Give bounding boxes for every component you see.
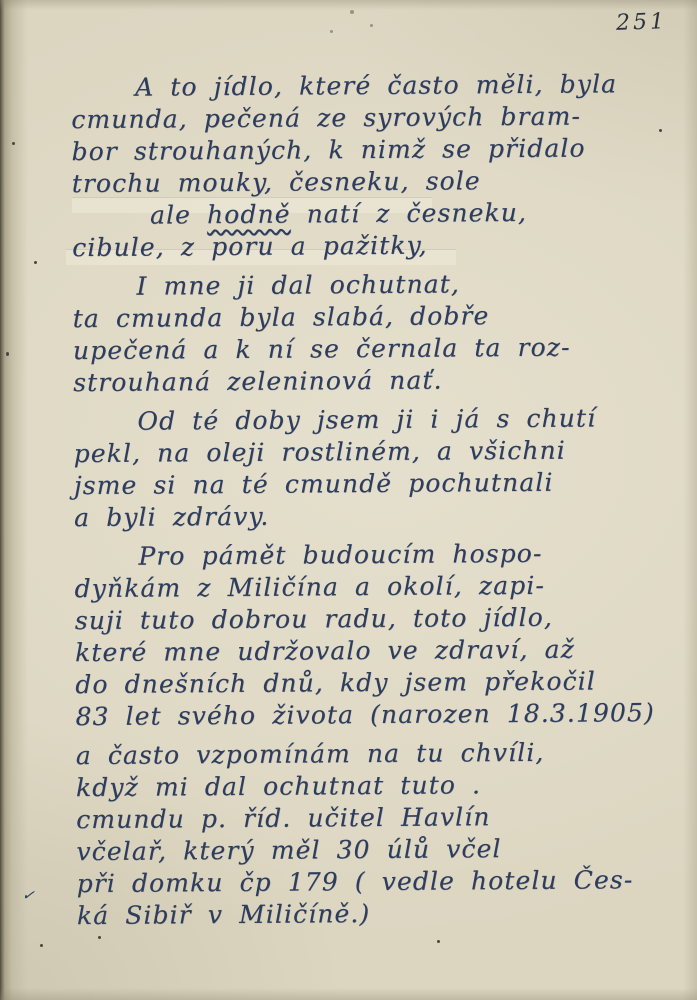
manuscript-line: včelař, který měl 30 úlů včel — [76, 832, 676, 868]
manuscript-text: A to jídlo, které často měli, bylacmunda… — [71, 68, 677, 932]
manuscript-line: 83 let svého života (narozen 18.3.1905) — [75, 697, 675, 733]
manuscript-line: ká Sibiř v Miličíně.) — [77, 896, 677, 932]
paper-speck — [34, 261, 37, 264]
manuscript-line: upečená a k ní se černala ta roz- — [73, 331, 673, 367]
paper-edge-top — [0, 0, 697, 10]
paper-edge-bottom — [0, 988, 697, 1000]
manuscript-line: pekl, na oleji rostliném, a všichni — [74, 434, 674, 470]
manuscript-line: trochu mouky, česneku, sole — [72, 164, 672, 200]
manuscript-line: když mi dal ochutnat tuto . — [76, 768, 676, 804]
manuscript-line: do dnešních dnů, kdy jsem překočil — [75, 665, 675, 701]
paper-edge-right — [683, 0, 697, 1000]
paper-speck — [330, 30, 333, 33]
manuscript-line: ale hodně natí z česneku, — [72, 196, 672, 232]
manuscript-line: které mne udržovalo ve zdraví, až — [75, 633, 675, 669]
manuscript-line: Pro pámět budoucím hospo- — [74, 537, 674, 573]
manuscript-line: strouhaná zeleninová nať. — [73, 363, 673, 399]
manuscript-line: dyňkám z Miličína a okolí, zapi- — [75, 569, 675, 605]
paper-speck — [40, 944, 43, 947]
manuscript-line: cmundu p. říd. učitel Havlín — [76, 800, 676, 836]
manuscript-line: cibule, z poru a pažitky, — [72, 228, 672, 264]
paper-speck — [350, 10, 354, 14]
page-number: 251 — [616, 9, 668, 36]
paper-speck — [12, 142, 15, 145]
manuscript-line: Od té doby jsem ji i já s chutí — [73, 402, 673, 438]
manuscript-line: a byli zdrávy. — [74, 498, 674, 534]
manuscript-line: suji tuto dobrou radu, toto jídlo, — [75, 601, 675, 637]
manuscript-line: I mne ji dal ochutnat, — [72, 267, 672, 303]
manuscript-line: bor strouhaných, k nimž se přidalo — [71, 132, 671, 168]
manuscript-line: jsme si na té cmundě pochutnali — [74, 466, 674, 502]
paper-speck — [370, 24, 373, 27]
manuscript-line: a často vzpomínám na tu chvíli, — [76, 736, 676, 772]
underlined-word: hodně — [207, 200, 291, 230]
paper-speck — [98, 936, 101, 939]
manuscript-line: při domku čp 179 ( vedle hotelu Čes- — [77, 864, 677, 900]
manuscript-line: A to jídlo, které často měli, byla — [71, 68, 671, 104]
text-fragment: natí z česneku, — [291, 198, 528, 229]
manuscript-line: cmunda, pečená ze syrových bram- — [71, 100, 671, 136]
manuscript-line: ta cmunda byla slabá, dobře — [73, 299, 673, 335]
text-fragment: ale — [150, 200, 207, 229]
scanned-manuscript-page: 251 ✓ A to jídlo, které často měli, byla… — [0, 0, 697, 1000]
paper-speck — [6, 352, 9, 356]
margin-check-mark: ✓ — [21, 885, 36, 905]
paper-speck — [437, 940, 440, 943]
paper-edge-left — [0, 0, 28, 1000]
